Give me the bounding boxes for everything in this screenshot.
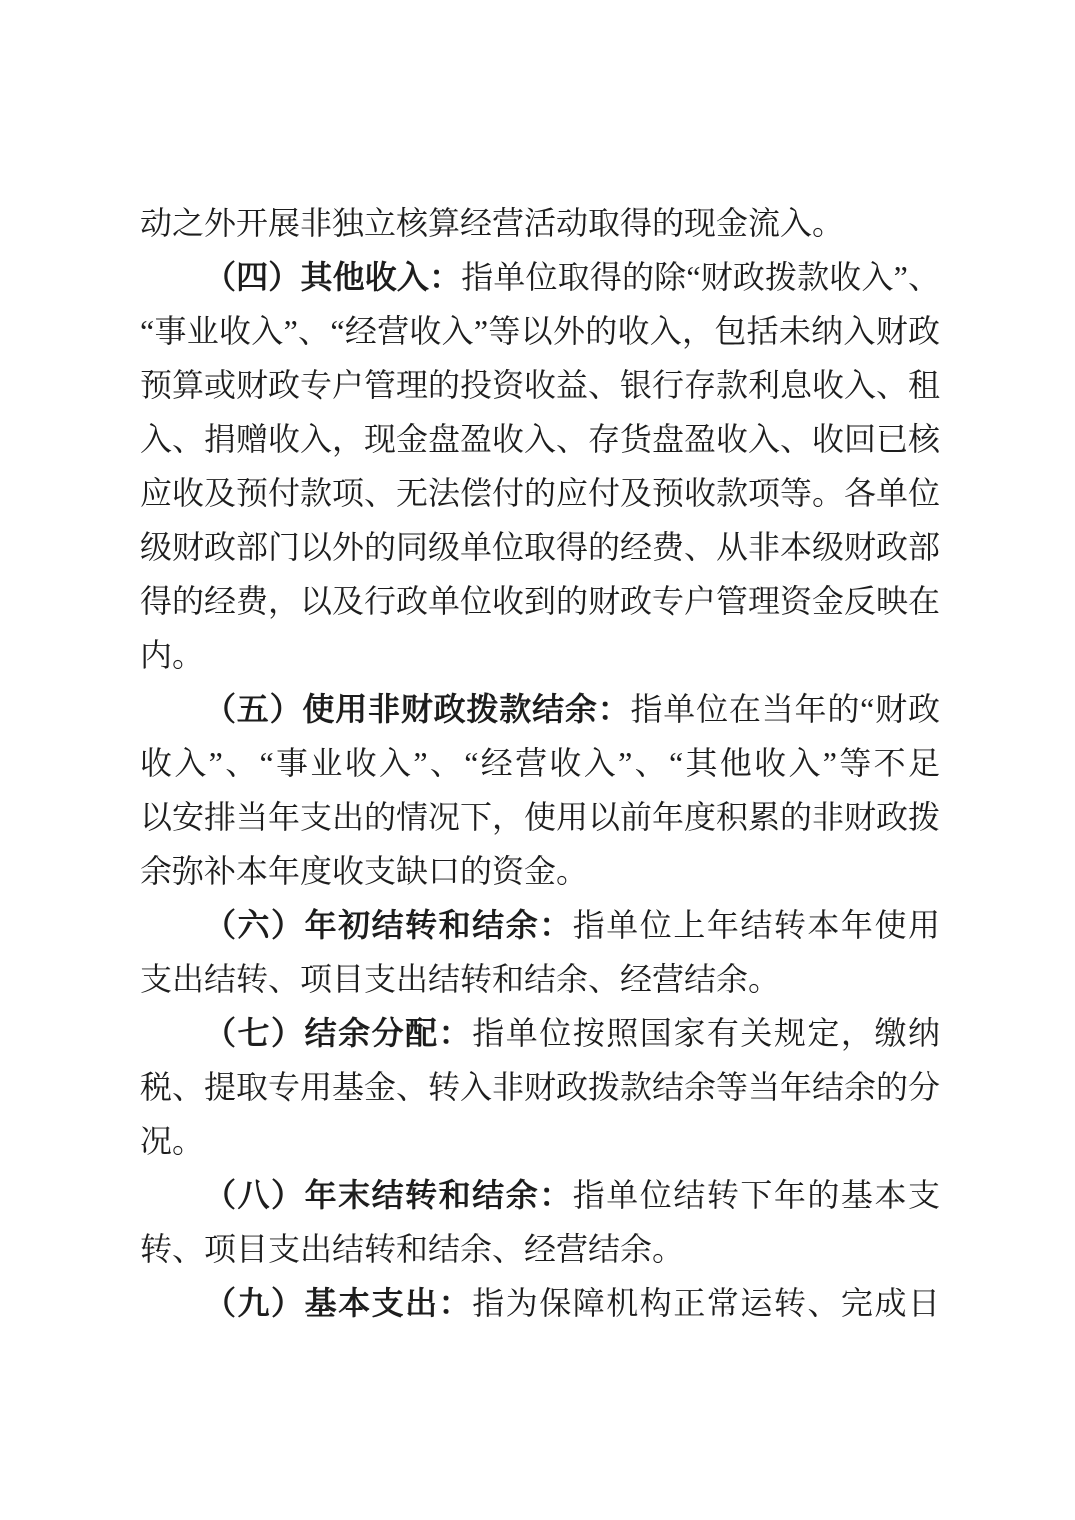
paragraph-heading: （七）结余分配： (204, 1015, 472, 1051)
paragraph-text: 转、项目支出结转和结余、经营结余。 (140, 1231, 684, 1267)
paragraph-text: 支出结转、项目支出结转和结余、经营结余。 (140, 961, 780, 997)
paragraph-text: 入、捐赠收入，现金盘盈收入、存货盘盈收入、收回已核销的 (140, 421, 940, 466)
text-line: 入、捐赠收入，现金盘盈收入、存货盘盈收入、收回已核销的 (140, 412, 940, 466)
paragraph-text: 应收及预付款项、无法偿付的应付及预收款项等。各单位从本 (140, 475, 940, 520)
paragraph-heading: （八）年末结转和结余： (204, 1177, 573, 1213)
paragraph-text: 预算或财政专户管理的投资收益、银行存款利息收入、租金收 (140, 367, 940, 412)
text-line: 转、项目支出结转和结余、经营结余。 (140, 1222, 940, 1276)
text-line: “事业收入”、“经营收入”等以外的收入，包括未纳入财政 (140, 304, 940, 358)
paragraph-text: 税、提取专用基金、转入非财政拨款结余等当年结余的分配情 (140, 1069, 940, 1114)
text-line: 应收及预付款项、无法偿付的应付及预收款项等。各单位从本 (140, 466, 940, 520)
document-page: 动之外开展非独立核算经营活动取得的现金流入。（四）其他收入：指单位取得的除“财政… (0, 0, 1075, 1520)
text-line: 得的经费，以及行政单位收到的财政专户管理资金反映在本项 (140, 574, 940, 628)
text-line: 支出结转、项目支出结转和结余、经营结余。 (140, 952, 940, 1006)
text-line: 余弥补本年度收支缺口的资金。 (140, 844, 940, 898)
document-body: 动之外开展非独立核算经营活动取得的现金流入。（四）其他收入：指单位取得的除“财政… (140, 196, 940, 1330)
paragraph-heading: （九）基本支出： (204, 1285, 472, 1321)
paragraph-text: 收入”、“事业收入”、“经营收入”、“其他收入”等不足 (140, 745, 940, 781)
text-line: 税、提取专用基金、转入非财政拨款结余等当年结余的分配情 (140, 1060, 940, 1114)
paragraph-text: 内。 (140, 637, 204, 673)
text-line: 况。 (140, 1114, 940, 1168)
paragraph-text: 以安排当年支出的情况下，使用以前年度积累的非财政拨款结 (140, 799, 940, 844)
text-line: 收入”、“事业收入”、“经营收入”、“其他收入”等不足 (140, 736, 940, 790)
text-line: 预算或财政专户管理的投资收益、银行存款利息收入、租金收 (140, 358, 940, 412)
paragraph-text: “事业收入”、“经营收入”等以外的收入，包括未纳入财政 (140, 313, 940, 349)
paragraph-text: 况。 (140, 1123, 204, 1159)
paragraph-text: 得的经费，以及行政单位收到的财政专户管理资金反映在本项 (140, 583, 940, 628)
paragraph-text: 余弥补本年度收支缺口的资金。 (140, 853, 588, 889)
text-line: （九）基本支出：指为保障机构正常运转、完成日常工作 (140, 1276, 940, 1330)
text-line: （七）结余分配：指单位按照国家有关规定，缴纳所得 (140, 1006, 940, 1060)
text-line: 动之外开展非独立核算经营活动取得的现金流入。 (140, 196, 940, 250)
text-line: 级财政部门以外的同级单位取得的经费、从非本级财政部门取 (140, 520, 940, 574)
paragraph-heading: （五）使用非财政拨款结余： (204, 691, 631, 727)
paragraph-text: 指单位取得的除“财政拨款收入”、 (461, 259, 940, 295)
text-line: （五）使用非财政拨款结余：指单位在当年的“财政拨款 (140, 682, 940, 736)
paragraph-text: 级财政部门以外的同级单位取得的经费、从非本级财政部门取 (140, 529, 940, 574)
paragraph-text: 动之外开展非独立核算经营活动取得的现金流入。 (140, 205, 844, 241)
text-line: （六）年初结转和结余：指单位上年结转本年使用的基本 (140, 898, 940, 952)
paragraph-heading: （六）年初结转和结余： (204, 907, 573, 943)
text-line: 内。 (140, 628, 940, 682)
text-line: （八）年末结转和结余：指单位结转下年的基本支出结 (140, 1168, 940, 1222)
paragraph-heading: （四）其他收入： (204, 259, 461, 295)
text-line: （四）其他收入：指单位取得的除“财政拨款收入”、 (140, 250, 940, 304)
text-line: 以安排当年支出的情况下，使用以前年度积累的非财政拨款结 (140, 790, 940, 844)
